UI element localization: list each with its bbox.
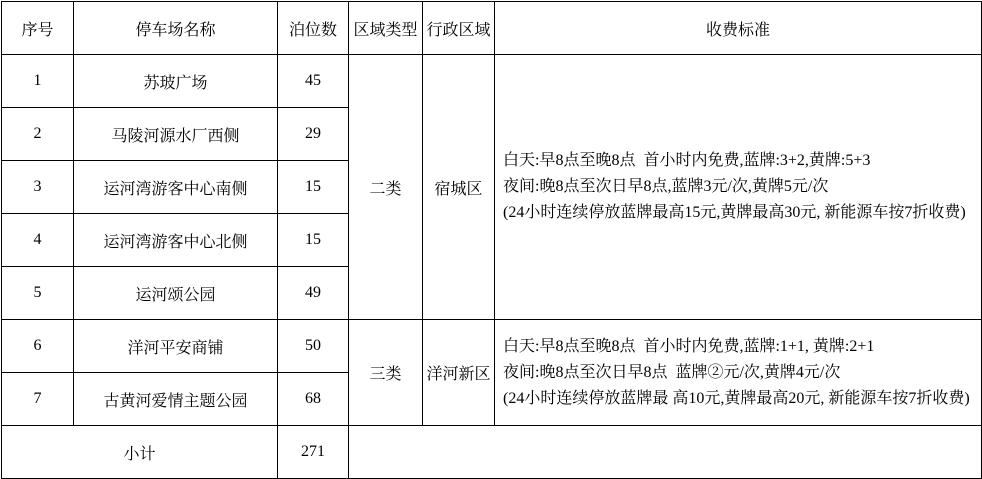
serial-cell: 7 — [2, 373, 74, 426]
serial-cell: 3 — [2, 161, 74, 214]
header-row: 序号 停车场名称 泊位数 区域类型 行政区域 收费标准 — [2, 2, 982, 55]
area-type-cell: 二类 — [349, 55, 423, 320]
district-cell: 宿城区 — [423, 55, 495, 320]
berths-cell: 45 — [278, 55, 349, 108]
header-district: 行政区域 — [423, 2, 495, 55]
header-fee-standard: 收费标准 — [495, 2, 982, 55]
subtotal-berths-cell: 271 — [278, 426, 349, 479]
serial-cell: 1 — [2, 55, 74, 108]
name-cell: 古黄河爱情主题公园 — [74, 373, 278, 426]
berths-cell: 15 — [278, 161, 349, 214]
fee-line: (24小时连续停放蓝牌最高15元,黄牌最高30元, 新能源车按7折收费) — [503, 200, 975, 226]
fee-line: 夜间:晚8点至次日早8点 蓝牌②元/次,黄牌4元/次 — [503, 360, 975, 386]
berths-cell: 29 — [278, 108, 349, 161]
serial-cell: 5 — [2, 267, 74, 320]
name-cell: 马陵河源水厂西侧 — [74, 108, 278, 161]
header-berth-count: 泊位数 — [278, 2, 349, 55]
name-cell: 苏玻广场 — [74, 55, 278, 108]
subtotal-empty-cell — [349, 426, 982, 479]
subtotal-label-cell: 小计 — [2, 426, 278, 479]
name-cell: 运河湾游客中心南侧 — [74, 161, 278, 214]
fee-line: (24小时连续停放蓝牌最 高10元,黄牌最高20元, 新能源车按7折收费) — [503, 386, 975, 412]
area-type-cell: 三类 — [349, 320, 423, 426]
table-row: 6 洋河平安商铺 50 三类 洋河新区 白天:早8点至晚8点 首小时内免费,蓝牌… — [2, 320, 982, 373]
name-cell: 运河湾游客中心北侧 — [74, 214, 278, 267]
berths-cell: 15 — [278, 214, 349, 267]
serial-cell: 6 — [2, 320, 74, 373]
serial-cell: 2 — [2, 108, 74, 161]
header-area-type: 区域类型 — [349, 2, 423, 55]
district-cell: 洋河新区 — [423, 320, 495, 426]
name-cell: 运河颂公园 — [74, 267, 278, 320]
header-serial: 序号 — [2, 2, 74, 55]
berths-cell: 50 — [278, 320, 349, 373]
fee-standard-cell: 白天:早8点至晚8点 首小时内免费,蓝牌:1+1, 黄牌:2+1 夜间:晚8点至… — [495, 320, 982, 426]
name-cell: 洋河平安商铺 — [74, 320, 278, 373]
header-parking-name: 停车场名称 — [74, 2, 278, 55]
table-row: 1 苏玻广场 45 二类 宿城区 白天:早8点至晚8点 首小时内免费,蓝牌:3+… — [2, 55, 982, 108]
berths-cell: 49 — [278, 267, 349, 320]
fee-line: 白天:早8点至晚8点 首小时内免费,蓝牌:3+2,黄牌:5+3 — [503, 148, 975, 174]
page-container: 序号 停车场名称 泊位数 区域类型 行政区域 收费标准 1 苏玻广场 45 二类… — [0, 0, 982, 478]
serial-cell: 4 — [2, 214, 74, 267]
fee-line: 夜间:晚8点至次日早8点,蓝牌3元/次,黄牌5元/次 — [503, 174, 975, 200]
fee-standard-cell: 白天:早8点至晚8点 首小时内免费,蓝牌:3+2,黄牌:5+3 夜间:晚8点至次… — [495, 55, 982, 320]
berths-cell: 68 — [278, 373, 349, 426]
fee-line: 白天:早8点至晚8点 首小时内免费,蓝牌:1+1, 黄牌:2+1 — [503, 334, 975, 360]
parking-fee-table: 序号 停车场名称 泊位数 区域类型 行政区域 收费标准 1 苏玻广场 45 二类… — [1, 1, 982, 479]
subtotal-row: 小计 271 — [2, 426, 982, 479]
